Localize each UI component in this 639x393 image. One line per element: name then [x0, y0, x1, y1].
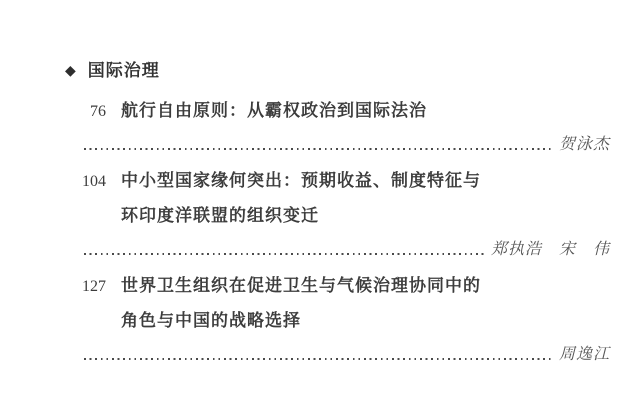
- diamond-bullet-icon: ◆: [65, 62, 76, 80]
- entry-title-row: 76航行自由原则：从霸权政治到国际法治: [72, 102, 610, 119]
- entry-title-line: 环印度洋联盟的组织变迁: [121, 206, 319, 225]
- entry-page-number: 104: [72, 173, 106, 190]
- entry-page-number: 127: [72, 278, 106, 295]
- entry-authors: 郑执浩 宋 伟: [491, 241, 610, 259]
- entry-title-row: 角色与中国的战略选择: [121, 312, 610, 329]
- toc-page: ◆ 国际治理 76航行自由原则：从霸权政治到国际法治 贺泳杰 104中小型国家缘…: [65, 62, 610, 382]
- entry-title-row: 环印度洋联盟的组织变迁: [121, 207, 610, 224]
- entry-page-number: 76: [72, 103, 106, 120]
- entry-author-row: 贺泳杰: [72, 137, 610, 154]
- entry-author-row: 郑执浩 宋 伟: [72, 242, 610, 259]
- entry-title-line: 航行自由原则：从霸权政治到国际法治: [121, 101, 427, 120]
- toc-entry: 104中小型国家缘何突出：预期收益、制度特征与 环印度洋联盟的组织变迁 郑执浩 …: [72, 172, 610, 259]
- entry-authors: 周逸江: [559, 346, 610, 364]
- section-title: 国际治理: [88, 62, 160, 80]
- entry-title-row: 104中小型国家缘何突出：预期收益、制度特征与: [72, 172, 610, 189]
- entry-title-line: 角色与中国的战略选择: [121, 311, 301, 330]
- entry-title-line: 中小型国家缘何突出：预期收益、制度特征与: [121, 171, 481, 190]
- leader-dots: [84, 148, 553, 150]
- leader-dots: [84, 358, 553, 360]
- entry-title-row: 127世界卫生组织在促进卫生与气候治理协同中的: [72, 277, 610, 294]
- entry-author-row: 周逸江: [72, 347, 610, 364]
- entry-authors: 贺泳杰: [559, 136, 610, 154]
- leader-dots: [84, 253, 485, 255]
- toc-entry: 127世界卫生组织在促进卫生与气候治理协同中的 角色与中国的战略选择 周逸江: [72, 277, 610, 364]
- section-header: ◆ 国际治理: [65, 62, 610, 80]
- entry-title-line: 世界卫生组织在促进卫生与气候治理协同中的: [121, 276, 481, 295]
- toc-entry: 76航行自由原则：从霸权政治到国际法治 贺泳杰: [72, 102, 610, 154]
